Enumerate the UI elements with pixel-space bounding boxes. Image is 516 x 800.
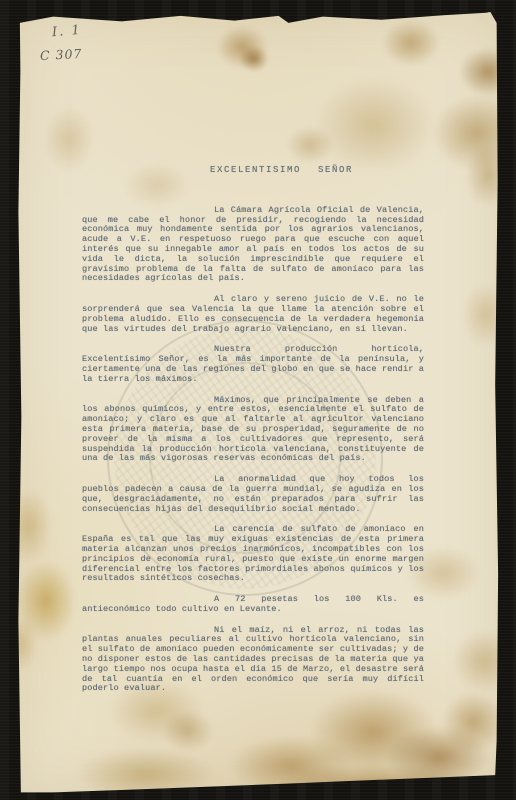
letter-paragraph: La anormalidad que hoy todos los pueblos… bbox=[82, 475, 424, 514]
letter-paragraph: La carencia de sulfato de amoníaco en Es… bbox=[82, 525, 424, 584]
stain bbox=[462, 283, 510, 347]
stain bbox=[382, 20, 440, 66]
archival-mark-reference: C 307 bbox=[40, 46, 83, 63]
stain bbox=[442, 692, 504, 752]
stain bbox=[162, 710, 214, 752]
stain bbox=[239, 46, 269, 72]
stain bbox=[2, 616, 38, 672]
stain bbox=[6, 488, 52, 564]
letter-paragraph: La Cámara Agrícola Oficial de Valencia, … bbox=[82, 206, 424, 284]
archival-mark-catalog: I. 1 bbox=[51, 23, 82, 41]
stain bbox=[216, 26, 268, 68]
letter-paragraph: Máximos, que principalmente se deben a l… bbox=[82, 396, 424, 465]
stain bbox=[466, 143, 510, 207]
stain bbox=[282, 764, 472, 800]
stain bbox=[229, 736, 353, 796]
letter-title: EXCELENTISIMO SEÑOR bbox=[210, 166, 424, 176]
letter-paragraph: Nuestra producción hortícola, Excelentís… bbox=[82, 345, 424, 384]
letter-paragraph: Al claro y sereno juicio de V.E. no le s… bbox=[82, 295, 424, 334]
letter-paragraph: Ni el maíz, ni el arroz, ni todas las pl… bbox=[82, 626, 424, 695]
stain bbox=[286, 126, 334, 164]
stain bbox=[44, 106, 94, 172]
stain bbox=[76, 748, 216, 800]
stain bbox=[459, 48, 516, 96]
stain bbox=[314, 78, 434, 173]
stain bbox=[432, 96, 516, 170]
scanned-photo-backdrop: I. 1 C 307 EXCELENTISIMO SEÑOR La Cámara… bbox=[0, 0, 516, 800]
letter-paragraph: A 72 pesetas los 100 Kls. es antieconómi… bbox=[82, 595, 424, 615]
stain bbox=[452, 630, 516, 692]
stain bbox=[16, 560, 76, 642]
stain bbox=[386, 726, 490, 788]
typewritten-letter: EXCELENTISIMO SEÑOR La Cámara Agrícola O… bbox=[82, 166, 424, 705]
